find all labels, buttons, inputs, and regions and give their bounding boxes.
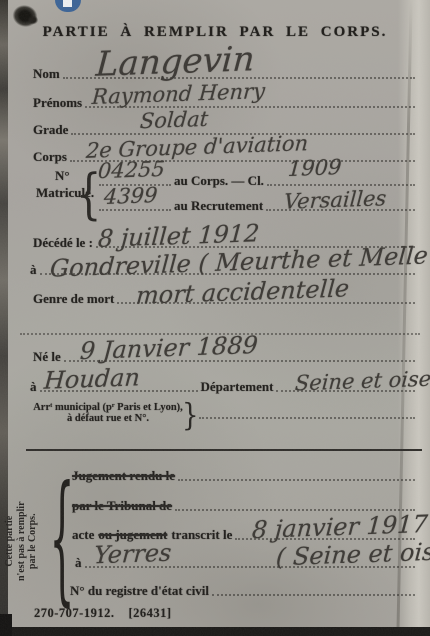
field-jugement: Jugement rendu le [72,464,418,484]
registre-label: N° du registre d'état civil [70,583,209,599]
map-pin-square [63,0,72,7]
arr-municipal-label-2: à défaut rue et N°. [33,413,183,424]
handwriting-departement: Seine et oise [294,367,430,396]
ne-le-label: Né le [33,349,61,365]
jugement-label-struck: Jugement rendu le [72,468,175,484]
nom-label: Nom [33,66,60,82]
corps-label: Corps [33,149,67,165]
transcrit-label-prefix: acte [72,527,94,543]
handwriting-matricule-corps: 04255 [97,157,165,183]
dotted-leader [199,414,415,419]
field-registre: N° du registre d'état civil [70,579,418,599]
paper-edge-bottom [0,627,430,636]
departement-label: Département [201,379,274,395]
dotted-leader [178,476,415,481]
footer-number: 270-707-1912. [34,606,114,620]
transcrit-a-label: à [75,555,82,571]
handwriting-classe: 1909 [287,155,342,181]
field-arr-municipal: Arrᵗ municipal (pʳ Paris et Lyon), à déf… [33,402,183,424]
prenoms-label: Prénoms [33,95,82,111]
arr-municipal-line [196,402,418,422]
handwriting-matricule-recrutement: 4399 [103,183,158,209]
footer-imprint: 270-707-1912.[26431] [34,606,186,621]
map-pin-icon [55,0,81,12]
decede-a-label: à [30,262,37,278]
handwriting-grade: Soldat [139,107,209,133]
grade-label: Grade [33,122,68,138]
transcrit-label-suffix: transcrit le [171,527,232,543]
genre-mort-label: Genre de mort [33,291,114,307]
handwriting-transcrit-dept: ( Seine et oise ) [275,537,430,572]
scanned-death-record: PARTIE À REMPLIR PAR LE CORPS. Nom Lange… [0,0,430,636]
au-recrutement-label: au Recrutement [174,198,263,214]
handwriting-nom: Langevin [95,39,256,85]
footer-reference: [26431] [128,606,171,620]
field-tribunal: par le Tribunal de [72,494,418,514]
ink-blot-small-icon [26,14,40,26]
paper-corner-dark [0,614,12,636]
section-divider [26,449,422,451]
handwriting-ne-place: Houdan [43,363,141,394]
au-corps-label: au Corps. — Cl. [174,173,264,189]
form-title: PARTIE À REMPLIR PAR LE CORPS. [40,24,390,41]
dotted-leader [175,506,415,511]
handwriting-transcrit-place: Yerres [93,539,172,570]
dotted-leader [212,591,415,596]
tribunal-label-struck: par le Tribunal de [72,498,172,514]
handwriting-recrutement-place: Versailles [283,186,387,214]
decede-le-label: Décédé le : [33,235,93,251]
side-note-rotated: Cette partie n'est pas à remplir par le … [4,476,39,606]
dotted-leader [267,181,415,186]
matricule-label-no: N° [55,168,70,184]
ne-a-label: à [30,379,37,395]
arr-municipal-label-1: Arrᵗ municipal (pʳ Paris et Lyon), [33,402,183,413]
